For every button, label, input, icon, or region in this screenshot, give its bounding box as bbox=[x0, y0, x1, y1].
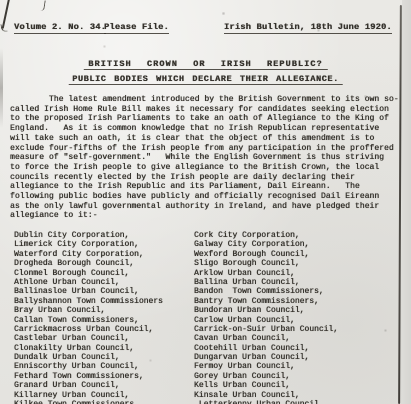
list-item: Clonmel Borough Council, bbox=[14, 269, 163, 278]
list-item: Bandon Town Commissioners, bbox=[194, 287, 338, 296]
document-page: Volume 2. No. 34. Please File. Irish Bul… bbox=[0, 0, 411, 404]
list-item: Dublin City Corporation, bbox=[14, 231, 163, 240]
list-item: Killarney Urban Council, bbox=[14, 391, 163, 400]
list-item: Galway City Corporation, bbox=[194, 240, 338, 249]
list-item: Fermoy Urban Council, bbox=[194, 362, 338, 371]
list-item: Kinsale Urban Council, bbox=[194, 391, 338, 400]
list-item: Dundalk Urban Council, bbox=[14, 353, 163, 362]
scan-noise-specks bbox=[0, 0, 1, 1]
list-item: Letterkenny Urban Council, bbox=[194, 400, 338, 404]
list-item: Enniscorthy Urban Council, bbox=[14, 362, 163, 371]
corner-tick-mark bbox=[38, 0, 45, 11]
list-item: Arklow Urban Council, bbox=[194, 269, 338, 278]
council-list-right: Cork City Corporation,Galway City Corpor… bbox=[194, 231, 338, 404]
list-item: Limerick City Corporation, bbox=[14, 240, 163, 249]
list-item: Ballinasloe Urban Council, bbox=[14, 287, 163, 296]
header-file-note: Please File. bbox=[104, 22, 169, 34]
list-item: Cork City Corporation, bbox=[194, 231, 338, 240]
list-item: Bantry Town Commissioners, bbox=[194, 297, 338, 306]
council-list-left: Dublin City Corporation,Limerick City Co… bbox=[14, 231, 163, 404]
list-item: Carrickmacross Urban Council, bbox=[14, 325, 163, 334]
list-item: Granard Urban Council, bbox=[14, 381, 163, 390]
list-item: Sligo Borough Council, bbox=[194, 259, 338, 268]
list-item: Ballina Urban Council, bbox=[194, 278, 338, 287]
list-item: Gorey Urban Council, bbox=[194, 372, 338, 381]
title-line-2: PUBLIC BODIES WHICH DECLARE THEIR ALLEGI… bbox=[68, 74, 343, 85]
list-item: Kilkee Town Commissioners. bbox=[14, 400, 163, 404]
list-item: Ballyshannon Town Commissioners bbox=[14, 297, 163, 306]
list-item: Dungarvan Urban Council, bbox=[194, 353, 338, 362]
title-line-1: BRITISH CROWN OR IRISH REPUBLIC? bbox=[83, 59, 327, 70]
list-item: Castlebar Urban Council, bbox=[14, 334, 163, 343]
header-volume: Volume 2. No. 34. bbox=[14, 22, 106, 34]
left-edge-shadow bbox=[0, 48, 3, 128]
list-item: Wexford Borough Council, bbox=[194, 250, 338, 259]
list-item: Carrick-on-Suir Urban Council, bbox=[194, 325, 338, 334]
intro-paragraph: The latest amendment introduced by the B… bbox=[10, 95, 399, 221]
list-item: Fethard Town Commissioners, bbox=[14, 372, 163, 381]
list-item: Cootehill Urban Council, bbox=[194, 344, 338, 353]
list-item: Bray Urban Council, bbox=[14, 306, 163, 315]
list-item: Kells Urban Council, bbox=[194, 381, 338, 390]
header-masthead: Irish Bulletin, 18th June 1920. bbox=[224, 22, 392, 34]
list-item: Cavan Urban Council, bbox=[194, 334, 338, 343]
list-item: Athlone Urban Council, bbox=[14, 278, 163, 287]
list-item: Carlow Urban Council, bbox=[194, 316, 338, 325]
page-edge-strip bbox=[402, 0, 411, 404]
list-item: Callan Town Commissioners, bbox=[14, 316, 163, 325]
pen-hook-mark bbox=[0, 24, 7, 33]
list-item: Waterford City Corporation, bbox=[14, 250, 163, 259]
list-item: Bundoran Urban Council, bbox=[194, 306, 338, 315]
list-item: Drogheda Borough Council, bbox=[14, 259, 163, 268]
list-item: Clonakilty Urban Council, bbox=[14, 344, 163, 353]
